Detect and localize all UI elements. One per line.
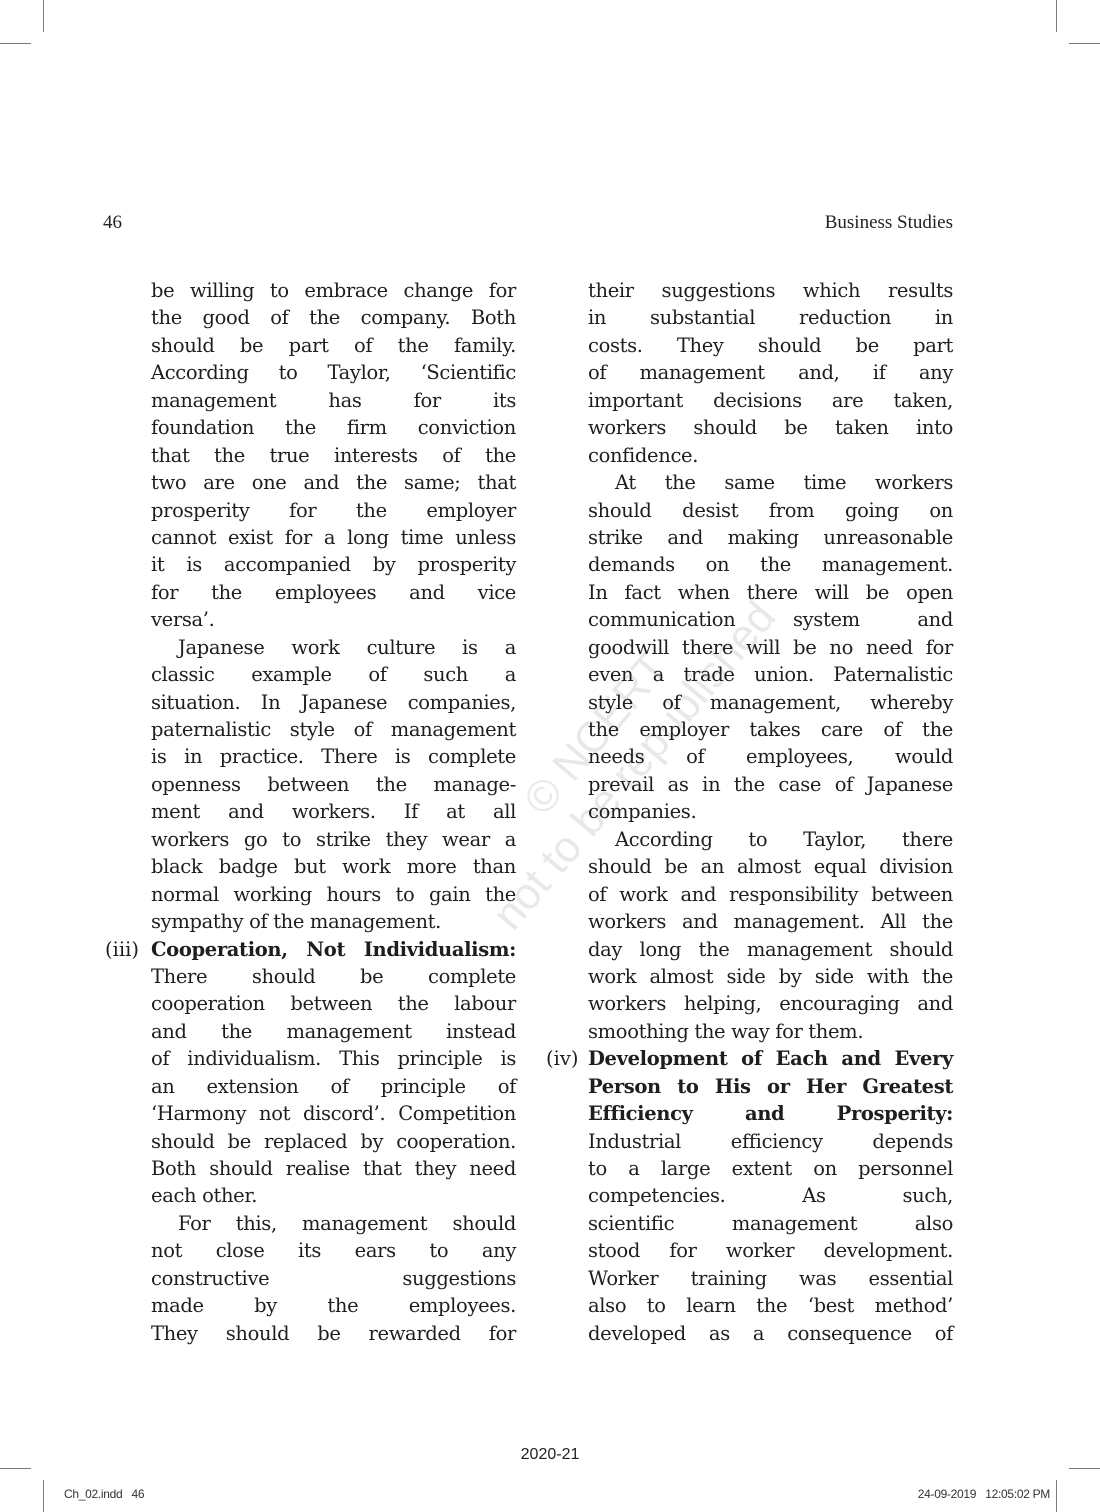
list-item-heading: Development of Each and Every	[588, 1045, 953, 1072]
list-item-number: (iii)	[105, 936, 139, 963]
text-line: workers go to strike they wear a	[151, 826, 516, 853]
right-column: their suggestions which results in subst…	[588, 277, 953, 1347]
text-line: developed as a consequence of	[588, 1320, 953, 1347]
text-line: openness between the manage-	[151, 771, 516, 798]
text-line: Both should realise that they need	[151, 1155, 516, 1182]
left-column: be willing to embrace change for the goo…	[151, 277, 516, 1347]
page-number: 46	[103, 212, 122, 234]
text-line: They should be rewarded for	[151, 1320, 516, 1347]
text-line: in substantial reduction in	[588, 304, 953, 331]
text-line: demands on the management.	[588, 551, 953, 578]
text-line: smoothing the way for them.	[588, 1018, 953, 1045]
crop-mark-top-right-horizontal	[1069, 43, 1100, 44]
text-line: At the same time workers	[588, 469, 953, 496]
text-line: of individualism. This principle is	[151, 1045, 516, 1072]
text-line: sympathy of the management.	[151, 908, 516, 935]
text-line: prosperity for the employer	[151, 497, 516, 524]
text-line: paternalistic style of management	[151, 716, 516, 743]
text-line: goodwill there will be no need for	[588, 634, 953, 661]
text-line: day long the management should	[588, 936, 953, 963]
text-line: of management and, if any	[588, 359, 953, 386]
crop-mark-top-left-vertical	[43, 0, 44, 32]
paragraph-workers-desist: At the same time workers should desist f…	[588, 469, 953, 826]
text-line: workers should be taken into	[588, 414, 953, 441]
crop-mark-top-left-horizontal	[0, 43, 31, 44]
slug-timestamp: 24-09-2019 12:05:02 PM	[918, 1487, 1050, 1501]
text-line: style of management, whereby	[588, 689, 953, 716]
text-line: foundation the firm conviction	[151, 414, 516, 441]
text-line: should be an almost equal division	[588, 853, 953, 880]
list-item-heading: Person to His or Her Greatest	[588, 1073, 953, 1100]
paragraph-harmony-continued: be willing to embrace change for the goo…	[151, 277, 516, 634]
text-line: communication system and	[588, 606, 953, 633]
text-line: an extension of principle of	[151, 1073, 516, 1100]
text-line: needs of employees, would	[588, 743, 953, 770]
list-item-heading: Cooperation, Not Individualism:	[151, 936, 516, 963]
text-line: each other.	[151, 1182, 516, 1209]
text-line: even a trade union. Paternalistic	[588, 661, 953, 688]
list-item-iv: (iv) Development of Each and Every Perso…	[588, 1045, 953, 1347]
text-line: There should be complete	[151, 963, 516, 990]
text-line: confidence.	[588, 442, 953, 469]
text-line: important decisions are taken,	[588, 387, 953, 414]
crop-mark-bottom-left-vertical	[43, 1480, 44, 1512]
text-line: should be replaced by cooperation.	[151, 1128, 516, 1155]
running-title: Business Studies	[825, 212, 953, 234]
text-line: the employer takes care of the	[588, 716, 953, 743]
text-line: is in practice. There is complete	[151, 743, 516, 770]
paragraph-japanese-culture: Japanese work culture is a classic examp…	[151, 634, 516, 936]
text-line: versa’.	[151, 606, 516, 633]
text-line: For this, management should	[151, 1210, 516, 1237]
text-line: classic example of such a	[151, 661, 516, 688]
crop-mark-bottom-right-horizontal	[1069, 1468, 1100, 1469]
text-line: management has for its	[151, 387, 516, 414]
text-line: to a large extent on personnel	[588, 1155, 953, 1182]
text-line: normal working hours to gain the	[151, 881, 516, 908]
text-line: constructive suggestions	[151, 1265, 516, 1292]
text-line: situation. In Japanese companies,	[151, 689, 516, 716]
slug-filename: Ch_02.indd 46	[64, 1487, 144, 1501]
crop-mark-bottom-left-horizontal	[0, 1468, 31, 1469]
text-line: it is accompanied by prosperity	[151, 551, 516, 578]
list-item-iii: (iii) Cooperation, Not Individualism: Th…	[151, 936, 516, 1210]
text-line: that the true interests of the	[151, 442, 516, 469]
text-line: According to Taylor, ‘Scientific	[151, 359, 516, 386]
list-item-heading: Efficiency and Prosperity:	[588, 1100, 953, 1127]
text-line: their suggestions which results	[588, 277, 953, 304]
text-line: workers and management. All the	[588, 908, 953, 935]
footer-year: 2020-21	[0, 1446, 1100, 1464]
text-line: black badge but work more than	[151, 853, 516, 880]
text-line: Industrial efficiency depends	[588, 1128, 953, 1155]
list-item-number: (iv)	[546, 1045, 578, 1072]
text-line: stood for worker development.	[588, 1237, 953, 1264]
text-line: ‘Harmony not discord’. Competition	[151, 1100, 516, 1127]
text-line: According to Taylor, there	[588, 826, 953, 853]
text-line: made by the employees.	[151, 1292, 516, 1319]
text-line: the good of the company. Both	[151, 304, 516, 331]
text-line: strike and making unreasonable	[588, 524, 953, 551]
crop-mark-bottom-right-vertical	[1056, 1480, 1057, 1512]
text-line: should be part of the family.	[151, 332, 516, 359]
text-line: ment and workers. If at all	[151, 798, 516, 825]
text-line: work almost side by side with the	[588, 963, 953, 990]
crop-mark-top-right-vertical	[1056, 0, 1057, 32]
text-line: for the employees and vice	[151, 579, 516, 606]
text-line: and the management instead	[151, 1018, 516, 1045]
text-line: prevail as in the case of Japanese	[588, 771, 953, 798]
text-line: companies.	[588, 798, 953, 825]
paragraph-suggestions: For this, management should not close it…	[151, 1210, 516, 1347]
text-line: should desist from going on	[588, 497, 953, 524]
text-line: cooperation between the labour	[151, 990, 516, 1017]
text-line: competencies. As such,	[588, 1182, 953, 1209]
text-line: two are one and the same; that	[151, 469, 516, 496]
text-line: be willing to embrace change for	[151, 277, 516, 304]
text-line: Worker training was essential	[588, 1265, 953, 1292]
text-line: scientific management also	[588, 1210, 953, 1237]
text-line: In fact when there will be open	[588, 579, 953, 606]
paragraph-taylor-division: According to Taylor, there should be an …	[588, 826, 953, 1046]
text-line: Japanese work culture is a	[151, 634, 516, 661]
text-line: also to learn the ‘best method’	[588, 1292, 953, 1319]
text-line: of work and responsibility between	[588, 881, 953, 908]
text-line: cannot exist for a long time unless	[151, 524, 516, 551]
paragraph-suggestions-continued: their suggestions which results in subst…	[588, 277, 953, 469]
text-line: not close its ears to any	[151, 1237, 516, 1264]
text-line: workers helping, encouraging and	[588, 990, 953, 1017]
text-line: costs. They should be part	[588, 332, 953, 359]
